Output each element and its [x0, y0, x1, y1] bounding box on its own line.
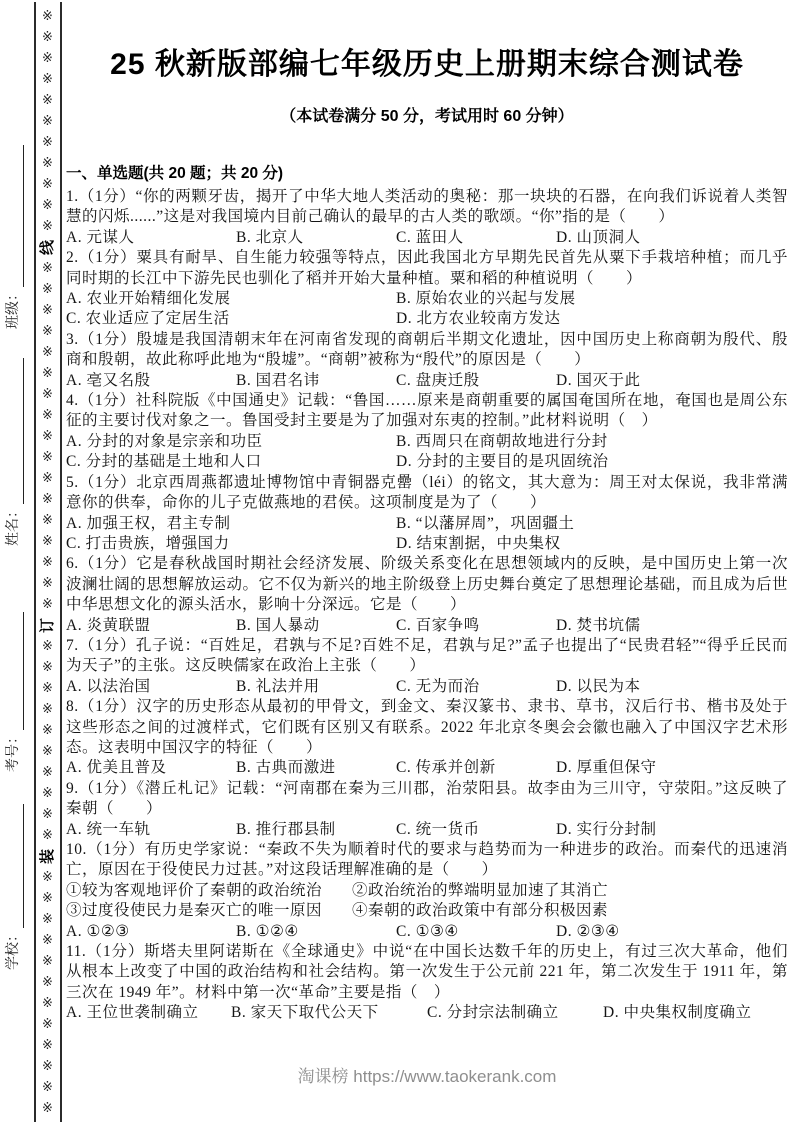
option-A: A. 优美且普及 [66, 758, 236, 778]
seal-symbol: ※ [36, 594, 59, 615]
option-D: D. 实行分封制 [556, 820, 788, 840]
option-D: D. 北方农业较南方发达 [396, 309, 788, 329]
option-A: A. 加强王权，君主专制 [66, 514, 396, 534]
option-B: B. 原始农业的兴起与发展 [396, 289, 788, 309]
question-text: 2.（1分）粟具有耐旱、自生能力较强等特点，因此我国北方早期先民首先从粟下手栽培… [66, 248, 788, 289]
option-D: D. 厚重但保守 [556, 758, 788, 778]
option-B: B. 推行郡县制 [236, 820, 396, 840]
section-heading: 一、单选题(共 20 题；共 20 分) [66, 164, 788, 184]
option-A: A. 分封的对象是宗亲和功臣 [66, 432, 396, 452]
option-C: C. 打击贵族，增强国力 [66, 534, 396, 554]
document-content: 25 秋新版部编七年级历史上册期末综合测试卷 （本试卷满分 50 分，考试用时 … [66, 0, 788, 1024]
question-text: 1.（1分）“你的两颗牙齿，揭开了中华大地人类活动的奥秘：那一块块的石器，在向我… [66, 187, 788, 228]
option-C: C. 无为而治 [396, 677, 556, 697]
seal-symbol: ※ [36, 867, 59, 888]
question-list: 1.（1分）“你的两颗牙齿，揭开了中华大地人类活动的奥秘：那一块块的石器，在向我… [66, 187, 788, 1024]
seal-symbol: ※ [36, 468, 59, 489]
option-B: B. 国人暴动 [236, 616, 396, 636]
seal-symbol: ※ [36, 27, 59, 48]
question-8: 8.（1分）汉字的历史形态从最初的甲骨文，到金文、秦汉篆书、隶书、草书，汉后行书… [66, 697, 788, 779]
seal-symbol: ※ [36, 300, 59, 321]
name-field-label: 姓名： [4, 346, 24, 546]
seal-symbol: ※ [36, 993, 59, 1014]
seal-symbol: ※ [36, 804, 59, 825]
class-field-label: 班级： [4, 133, 24, 329]
class-blank-line [9, 145, 24, 287]
option-D: D. 分封的主要目的是巩固统治 [396, 452, 788, 472]
seal-symbol: ※ [36, 531, 59, 552]
option-C: C. 传承并创新 [396, 758, 556, 778]
question-7: 7.（1分）孔子说：“百姓足，君孰与不足?百姓不足，君孰与足?”孟子也提出了“民… [66, 636, 788, 697]
seal-symbol: ※ [36, 741, 59, 762]
seal-symbol: ※ [36, 405, 59, 426]
seal-symbol: ※ [36, 510, 59, 531]
seal-symbol: ※ [36, 279, 59, 300]
option-D: D. 国灭于此 [556, 371, 788, 391]
footer-watermark: 淘课榜 https://www.taokerank.com [66, 1066, 788, 1088]
option-B: B. 礼法并用 [236, 677, 396, 697]
option-B: B. 北京人 [236, 228, 396, 248]
seal-symbol: ※ [36, 447, 59, 468]
seal-symbol: ※ [36, 90, 59, 111]
seal-symbol: ※ [36, 1077, 59, 1098]
option-A: A. 炎黄联盟 [66, 616, 236, 636]
option-A: A. 农业开始精细化发展 [66, 289, 396, 309]
class-label-text: 班级： [4, 287, 24, 329]
seal-line-right-border [60, 2, 62, 1122]
seal-symbol: ※ [36, 216, 59, 237]
option-D: D. ②③④ [556, 922, 788, 942]
seal-symbol: ※ [36, 720, 59, 741]
question-subitems: ①较为客观地评价了秦朝的政治统治②政治统治的弊端明显加速了其消亡③过度役使民力是… [66, 881, 788, 922]
seal-symbol: ※ [36, 636, 59, 657]
seal-symbol: ※ [36, 699, 59, 720]
seal-symbol: ※ [36, 111, 59, 132]
subitem-1: ①较为客观地评价了秦朝的政治统治 [66, 881, 352, 901]
options-row: A. 统一车轨B. 推行郡县制C. 统一货币D. 实行分封制 [66, 820, 788, 840]
seal-symbol: ※ [36, 384, 59, 405]
option-A: A. 亳又名殷 [66, 371, 236, 391]
question-2: 2.（1分）粟具有耐旱、自生能力较强等特点，因此我国北方早期先民首先从粟下手栽培… [66, 248, 788, 330]
option-C: C. 分封宗法制确立 [427, 1003, 603, 1023]
seal-symbol: ※ [36, 195, 59, 216]
options-row: A. 优美且普及B. 古典而激进C. 传承并创新D. 厚重但保守 [66, 758, 788, 778]
question-text: 8.（1分）汉字的历史形态从最初的甲骨文，到金文、秦汉篆书、隶书、草书，汉后行书… [66, 697, 788, 758]
school-blank-line [9, 804, 24, 928]
question-5: 5.（1分）北京西周燕都遗址博物馆中青铜器克罍（léi）的铭文，其大意为：周王对… [66, 473, 788, 555]
seal-symbol: ※ [36, 321, 59, 342]
seal-symbol: ※ [36, 678, 59, 699]
question-text: 6.（1分）它是春秋战国时期社会经济发展、阶级关系变化在思想领域内的反映，是中国… [66, 554, 788, 615]
options-row: A. 以法治国B. 礼法并用C. 无为而治D. 以民为本 [66, 677, 788, 697]
option-D: D. 山顶洞人 [556, 228, 788, 248]
page-title: 25 秋新版部编七年级历史上册期末综合测试卷 [66, 44, 788, 86]
seal-symbol: ※ [36, 951, 59, 972]
seal-symbol: ※ [36, 1098, 59, 1119]
exam-number-blank-line [9, 612, 24, 730]
question-3: 3.（1分）殷墟是我国清朝末年在河南省发现的商朝后半期文化遗址，因中国历史上称商… [66, 330, 788, 391]
seal-symbol: ※ [36, 657, 59, 678]
option-A: A. ①②③ [66, 922, 236, 942]
subitem-3: ③过度役使民力是秦灭亡的唯一原因 [66, 901, 352, 921]
school-label-text: 学校： [4, 928, 24, 970]
question-text: 3.（1分）殷墟是我国清朝末年在河南省发现的商朝后半期文化遗址，因中国历史上称商… [66, 330, 788, 371]
question-6: 6.（1分）它是春秋战国时期社会经济发展、阶级关系变化在思想领域内的反映，是中国… [66, 554, 788, 636]
question-1: 1.（1分）“你的两颗牙齿，揭开了中华大地人类活动的奥秘：那一块块的石器，在向我… [66, 187, 788, 248]
name-label-text: 姓名： [4, 504, 24, 546]
option-B: B. 西周只在商朝故地进行分封 [396, 432, 788, 452]
seal-symbol: ※ [36, 909, 59, 930]
question-9: 9.（1分）《潜丘札记》记载：“河南郡在秦为三川郡，治荥阳县。故李由为三川守，守… [66, 779, 788, 840]
options-row: A. 元谋人B. 北京人C. 蓝田人D. 山顶洞人 [66, 228, 788, 248]
option-C: C. 百家争鸣 [396, 616, 556, 636]
options-row: A. 王位世袭制确立B. 家天下取代公天下C. 分封宗法制确立D. 中央集权制度… [66, 1003, 788, 1023]
seal-symbol: ※ [36, 342, 59, 363]
question-text: 7.（1分）孔子说：“百姓足，君孰与不足?百姓不足，君孰与足?”孟子也提出了“民… [66, 636, 788, 677]
seal-char: 线 [37, 236, 58, 259]
seal-symbol: ※ [36, 573, 59, 594]
option-B: B. “以藩屏周”，巩固疆土 [396, 514, 788, 534]
option-C: C. 盘庚迁殷 [396, 371, 556, 391]
seal-symbol: ※ [36, 888, 59, 909]
exam-number-field-label: 考号： [4, 600, 24, 772]
option-D: D. 焚书坑儒 [556, 616, 788, 636]
question-text: 5.（1分）北京西周燕都遗址博物馆中青铜器克罍（léi）的铭文，其大意为：周王对… [66, 473, 788, 514]
seal-symbol: ※ [36, 153, 59, 174]
seal-symbol: ※ [36, 258, 59, 279]
option-D: D. 结束割据，中央集权 [396, 534, 788, 554]
question-text: 11.（1分）斯塔夫里阿诺斯在《全球通史》中说“在中国长达数千年的历史上，有过三… [66, 942, 788, 1003]
seal-symbol: ※ [36, 552, 59, 573]
seal-symbol: ※ [36, 1014, 59, 1035]
page-subtitle: （本试卷满分 50 分，考试用时 60 分钟） [66, 106, 788, 128]
seal-symbol-column: ※※※※※※※※※※※线※※※※※※※※※※※※※※※※※订※※※※※※※※※※… [36, 6, 59, 1119]
seal-symbol: ※ [36, 489, 59, 510]
question-11: 11.（1分）斯塔夫里阿诺斯在《全球通史》中说“在中国长达数千年的历史上，有过三… [66, 942, 788, 1024]
option-A: A. 以法治国 [66, 677, 236, 697]
option-C: C. 蓝田人 [396, 228, 556, 248]
option-D: D. 以民为本 [556, 677, 788, 697]
seal-symbol: ※ [36, 972, 59, 993]
option-A: A. 王位世袭制确立 [66, 1003, 231, 1023]
seal-symbol: ※ [36, 1035, 59, 1056]
seal-symbol: ※ [36, 825, 59, 846]
option-B: B. 古典而激进 [236, 758, 396, 778]
seal-symbol: ※ [36, 48, 59, 69]
seal-char: 订 [37, 614, 58, 637]
option-B: B. ①②④ [236, 922, 396, 942]
seal-symbol: ※ [36, 1056, 59, 1077]
seal-symbol: ※ [36, 426, 59, 447]
option-C: C. 统一货币 [396, 820, 556, 840]
seal-symbol: ※ [36, 783, 59, 804]
question-text: 4.（1分）社科院版《中国通史》记载：“鲁国……原来是商朝重要的属国奄国所在地，… [66, 391, 788, 432]
option-C: C. 农业适应了定居生活 [66, 309, 396, 329]
seal-symbol: ※ [36, 174, 59, 195]
options-row: A. ①②③B. ①②④C. ①③④D. ②③④ [66, 922, 788, 942]
option-C: C. 分封的基础是土地和人口 [66, 452, 396, 472]
seal-symbol: ※ [36, 6, 59, 27]
name-blank-line [9, 358, 24, 504]
option-A: A. 统一车轨 [66, 820, 236, 840]
option-C: C. ①③④ [396, 922, 556, 942]
seal-symbol: ※ [36, 132, 59, 153]
subitem-4: ④秦朝的政治政策中有部分积极因素 [352, 901, 788, 921]
options-row: A. 农业开始精细化发展B. 原始农业的兴起与发展C. 农业适应了定居生活D. … [66, 289, 788, 330]
option-B: B. 国君名讳 [236, 371, 396, 391]
options-row: A. 分封的对象是宗亲和功臣B. 西周只在商朝故地进行分封C. 分封的基础是土地… [66, 432, 788, 473]
seal-symbol: ※ [36, 930, 59, 951]
seal-symbol: ※ [36, 363, 59, 384]
question-4: 4.（1分）社科院版《中国通史》记载：“鲁国……原来是商朝重要的属国奄国所在地，… [66, 391, 788, 473]
seal-symbol: ※ [36, 762, 59, 783]
question-text: 9.（1分）《潜丘札记》记载：“河南郡在秦为三川郡，治荥阳县。故李由为三川守，守… [66, 779, 788, 820]
options-row: A. 加强王权，君主专制B. “以藩屏周”，巩固疆土C. 打击贵族，增强国力D.… [66, 514, 788, 555]
subitem-2: ②政治统治的弊端明显加速了其消亡 [352, 881, 788, 901]
options-row: A. 炎黄联盟B. 国人暴动C. 百家争鸣D. 焚书坑儒 [66, 616, 788, 636]
question-10: 10.（1分）有历史学家说：“秦政不失为顺着时代的要求与趋势而为一种进步的政治。… [66, 840, 788, 942]
exam-number-label-text: 考号： [4, 730, 24, 772]
exam-paper-page: 班级： 姓名： 考号： 学校： ※※※※※※※※※※※线※※※※※※※※※※※※… [0, 0, 793, 1122]
school-field-label: 学校： [4, 790, 24, 970]
options-row: A. 亳又名殷B. 国君名讳C. 盘庚迁殷D. 国灭于此 [66, 371, 788, 391]
question-text: 10.（1分）有历史学家说：“秦政不失为顺着时代的要求与趋势而为一种进步的政治。… [66, 840, 788, 881]
option-A: A. 元谋人 [66, 228, 236, 248]
seal-char: 装 [37, 845, 58, 868]
option-B: B. 家天下取代公天下 [231, 1003, 427, 1023]
seal-symbol: ※ [36, 69, 59, 90]
option-D: D. 中央集权制度确立 [603, 1003, 788, 1023]
